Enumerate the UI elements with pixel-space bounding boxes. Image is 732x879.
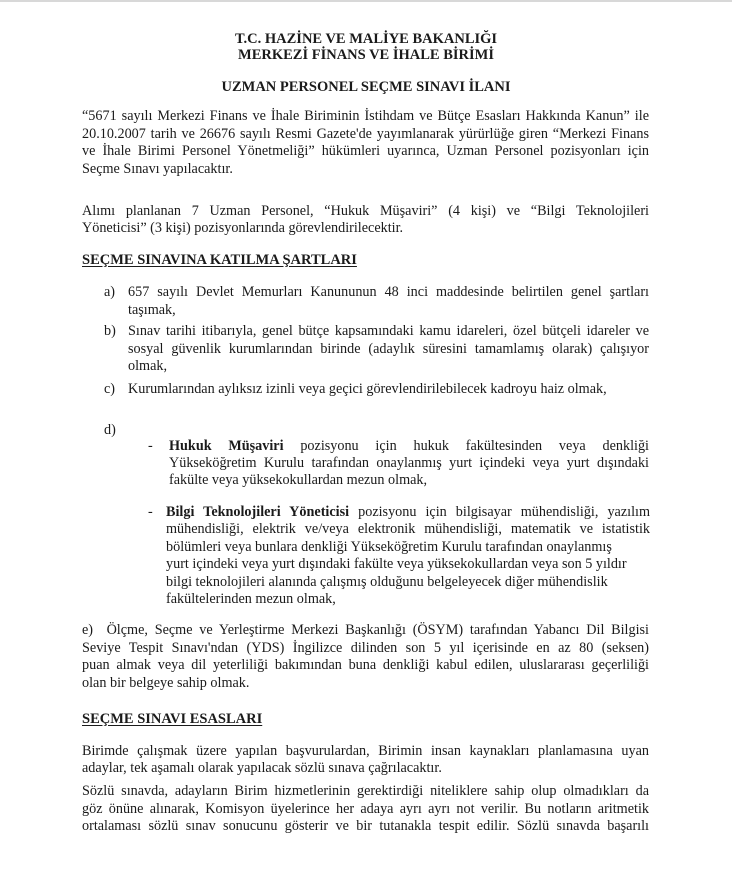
text-line: Sınav tarihi itibarıyla, genel bütçe kap… — [128, 323, 649, 341]
item-label-c: c) — [104, 381, 115, 399]
text-line: Ölçme, Seçme ve Yerleştirme Merkezi Başk… — [107, 622, 649, 638]
text-line: fakülte veya yüksekokullardan mezun olma… — [169, 472, 649, 489]
requirement-a: 657 sayılı Devlet Memurları Kanununun 48… — [128, 284, 649, 319]
text-line: sosyal güvenlik kurumlarından birinde (a… — [128, 341, 649, 359]
exam-paragraph-2: Sözlü sınavda, adayların Birim hizmetler… — [82, 783, 649, 836]
document-title: UZMAN PERSONEL SEÇME SINAVI İLANI — [0, 79, 732, 95]
item-label-e: e) — [82, 622, 93, 638]
text-line: 657 sayılı Devlet Memurları Kanununun 48… — [128, 284, 649, 302]
intro-paragraph: “5671 sayılı Merkezi Finans ve İhale Bir… — [82, 108, 649, 178]
dash-bullet: - — [148, 504, 153, 522]
text-line: Alımı planlanan 7 Uzman Personel, “Hukuk… — [82, 203, 649, 220]
unit-name: MERKEZİ FİNANS VE İHALE BİRİMİ — [0, 47, 732, 63]
text-line: Sözlü sınavda, adayların Birim hizmetler… — [82, 783, 649, 801]
requirement-d-it: Bilgi Teknolojileri Yöneticisi pozisyonu… — [166, 504, 650, 608]
text-line: göz önüne alınarak, Komisyon üyelerince … — [82, 801, 649, 819]
item-label-b: b) — [104, 323, 116, 341]
text-line: “5671 sayılı Merkezi Finans ve İhale Bir… — [82, 108, 649, 126]
item-label-a: a) — [104, 284, 115, 302]
text-line: Seviye Tespit Sınavı'ndan (YDS) İngilizc… — [82, 640, 649, 658]
text-line: olmak, — [128, 358, 649, 376]
text-line: pozisyonu için bilgisayar mühendisliği, … — [358, 504, 650, 520]
exam-paragraph-1: Birimde çalışmak üzere yapılan başvurula… — [82, 743, 649, 776]
requirement-c: Kurumlarından aylıksız izinli veya geçic… — [128, 381, 649, 399]
page-top-border — [0, 0, 732, 2]
text-line: taşımak, — [128, 302, 649, 320]
text-line: 20.10.2007 tarih ve 26676 sayılı Resmi G… — [82, 126, 649, 144]
text-line: bilgi teknolojileri alanında çalışmış ol… — [166, 574, 650, 591]
text-line: Birimde çalışmak üzere yapılan başvurula… — [82, 743, 649, 760]
text-line: fakültelerinden mezun olmak, — [166, 591, 650, 608]
text-line: Seçme Sınavı yapılacaktır. — [82, 161, 649, 179]
text-line: Yükseköğretim Kurulu tarafından onaylanm… — [169, 455, 649, 472]
requirement-d-law: Hukuk Müşaviri pozisyonu için hukuk fakü… — [169, 438, 649, 488]
text-line: ortalaması sözlü sınav sonucunu gösterir… — [82, 818, 649, 836]
text-line: puan almak veya dil yeterliliği bakımınd… — [82, 657, 649, 675]
text-line: adaylar, tek aşamalı olarak yapılacak sö… — [82, 760, 649, 777]
section-heading-requirements: SEÇME SINAVINA KATILMA ŞARTLARI — [82, 252, 357, 269]
text-line: pozisyonu için hukuk fakültesinden veya … — [300, 438, 649, 454]
text-line: ve İhale Birimi Personel Yönetmeliği” hü… — [82, 143, 649, 161]
text-line: mühendisliği, elektrik ve/veya elektroni… — [166, 521, 650, 538]
text-line: Yöneticisi” (3 kişi) pozisyonlarında gör… — [82, 220, 649, 237]
text-line: bölümleri veya bunlara denkliği Yükseköğ… — [166, 539, 650, 556]
section-heading-exam-principles: SEÇME SINAVI ESASLARI — [82, 711, 262, 728]
position-name-law: Hukuk Müşaviri — [169, 438, 284, 454]
ministry-name: T.C. HAZİNE VE MALİYE BAKANLIĞI — [0, 31, 732, 47]
text-line: Kurumlarından aylıksız izinli veya geçic… — [128, 381, 649, 399]
dash-bullet: - — [148, 438, 153, 456]
text-line: olan bir belgeye sahip olmak. — [82, 675, 649, 693]
positions-paragraph: Alımı planlanan 7 Uzman Personel, “Hukuk… — [82, 203, 649, 236]
text-line: yurt içindeki veya yurt dışındaki fakült… — [166, 556, 650, 573]
requirement-b: Sınav tarihi itibarıyla, genel bütçe kap… — [128, 323, 649, 376]
requirement-e: e) Ölçme, Seçme ve Yerleştirme Merkezi B… — [82, 622, 649, 692]
position-name-it: Bilgi Teknolojileri Yöneticisi — [166, 504, 349, 520]
item-label-d: d) — [104, 422, 116, 440]
